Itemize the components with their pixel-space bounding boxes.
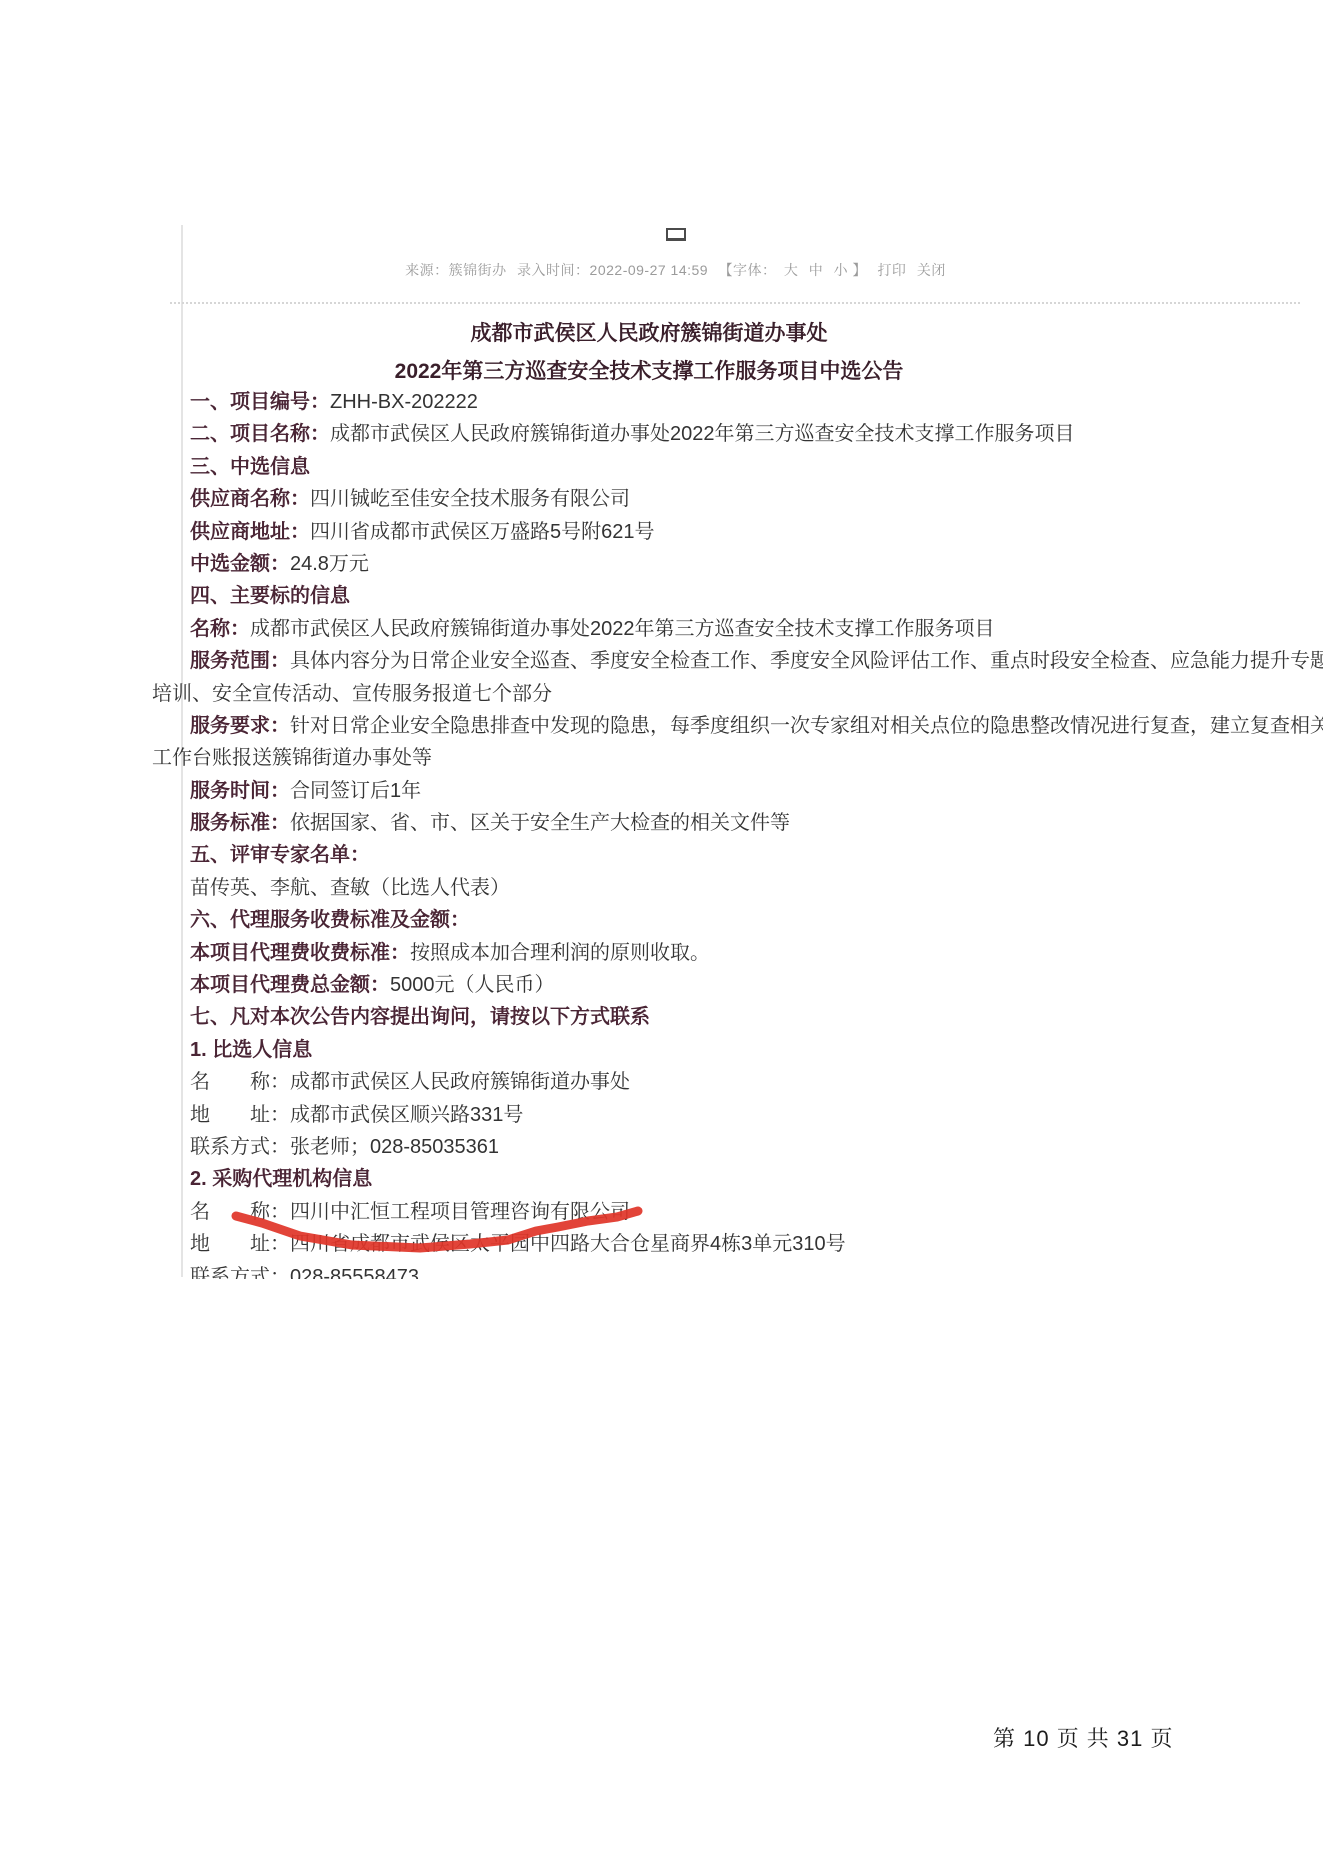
doc-line: 培训、安全宣传活动、宣传服务报道七个部分 [152, 678, 1323, 710]
doc-line-text: 5000元（人民币） [390, 974, 555, 996]
print-link[interactable]: 打印 [877, 262, 906, 278]
font-size-large-link[interactable]: 大 [784, 262, 799, 278]
doc-line: 六、代理服务收费标准及金额： [152, 904, 1323, 936]
doc-line: 五、评审专家名单： [152, 839, 1323, 871]
doc-line-text: 24.8万元 [290, 553, 369, 575]
doc-line-text: 针对日常企业安全隐患排查中发现的隐患，每季度组织一次专家组对相关点位的隐患整改情… [290, 715, 1323, 737]
doc-line: 地 址：成都市武侯区顺兴路331号 [152, 1099, 1323, 1131]
source-label: 来源：簇锦街办 [405, 262, 507, 278]
doc-line: 供应商地址：四川省成都市武侯区万盛路5号附621号 [152, 516, 1323, 548]
entry-time-label: 录入时间：2022-09-27 14:59 [517, 262, 708, 278]
doc-line-label: 五、评审专家名单： [190, 844, 370, 866]
doc-line-label: 服务标准： [190, 812, 290, 834]
doc-line: 名 称：四川中汇恒工程项目管理咨询有限公司 [152, 1196, 1323, 1228]
doc-line: 七、凡对本次公告内容提出询问，请按以下方式联系 [152, 1001, 1323, 1033]
doc-line-label: 四、主要标的信息 [190, 585, 350, 607]
doc-line: 服务时间：合同签订后1年 [152, 775, 1323, 807]
doc-line: 名称：成都市武侯区人民政府簇锦街道办事处2022年第三方巡查安全技术支撑工作服务… [152, 613, 1323, 645]
document-body: 一、项目编号：ZHH-BX-202222二、项目名称：成都市武侯区人民政府簇锦街… [152, 386, 1323, 1279]
doc-line-label: 名称： [190, 618, 250, 640]
doc-line: 服务要求：针对日常企业安全隐患排查中发现的隐患，每季度组织一次专家组对相关点位的… [152, 710, 1323, 742]
doc-line-text: 联系方式：028-85558473 [190, 1266, 419, 1279]
doc-line: 2. 采购代理机构信息 [152, 1163, 1323, 1195]
doc-line-text: 联系方式：张老师；028-85035361 [190, 1136, 499, 1158]
doc-line: 三、中选信息 [152, 451, 1323, 483]
doc-line: 联系方式：028-85558473 [152, 1261, 1323, 1279]
doc-line: 工作台账报送簇锦街道办事处等 [152, 742, 1323, 774]
doc-line: 联系方式：张老师；028-85035361 [152, 1131, 1323, 1163]
doc-line-text: 成都市武侯区人民政府簇锦街道办事处2022年第三方巡查安全技术支撑工作服务项目 [250, 618, 995, 640]
doc-line-text: 成都市武侯区人民政府簇锦街道办事处2022年第三方巡查安全技术支撑工作服务项目 [330, 423, 1075, 445]
font-size-bracket-open: 【字体： [718, 262, 776, 278]
document-title: 成都市武侯区人民政府簇锦街道办事处 [183, 317, 1115, 347]
doc-line: 供应商名称：四川铖屹至佳安全技术服务有限公司 [152, 483, 1323, 515]
doc-line-text: 按照成本加合理利润的原则收取。 [410, 942, 710, 964]
meta-bar: 来源：簇锦街办 录入时间：2022-09-27 14:59 【字体： 大 中 小… [183, 260, 1168, 280]
doc-line-label: 六、代理服务收费标准及金额： [190, 909, 470, 931]
dashed-separator [170, 302, 1300, 304]
doc-line-label: 七、凡对本次公告内容提出询问，请按以下方式联系 [190, 1006, 650, 1028]
doc-line-label: 服务范围： [190, 650, 290, 672]
doc-line-text: 地 址：成都市武侯区顺兴路331号 [190, 1104, 523, 1126]
doc-line-text: 依据国家、省、市、区关于安全生产大检查的相关文件等 [290, 812, 790, 834]
doc-line-text: 名 称：四川中汇恒工程项目管理咨询有限公司 [190, 1201, 630, 1223]
font-size-medium-link[interactable]: 中 [809, 262, 824, 278]
doc-line: 本项目代理费收费标准：按照成本加合理利润的原则收取。 [152, 937, 1323, 969]
doc-line: 名 称：成都市武侯区人民政府簇锦街道办事处 [152, 1066, 1323, 1098]
doc-line-label: 服务时间： [190, 780, 290, 802]
doc-line-label: 一、项目编号： [190, 391, 330, 413]
doc-line-label: 服务要求： [190, 715, 290, 737]
doc-line: 二、项目名称：成都市武侯区人民政府簇锦街道办事处2022年第三方巡查安全技术支撑… [152, 418, 1323, 450]
doc-line-text: 四川省成都市武侯区万盛路5号附621号 [310, 521, 655, 543]
doc-line-text: ZHH-BX-202222 [330, 391, 478, 413]
doc-line: 一、项目编号：ZHH-BX-202222 [152, 386, 1323, 418]
doc-line-label: 中选金额： [190, 553, 290, 575]
doc-line-text: 具体内容分为日常企业安全巡查、季度安全检查工作、季度安全风险评估工作、重点时段安… [290, 650, 1323, 672]
doc-line-label: 三、中选信息 [190, 456, 310, 478]
doc-line-text: 地 址：四川省成都市武侯区太平园中四路大合仓星商界4栋3单元310号 [190, 1233, 846, 1255]
doc-line-label: 二、项目名称： [190, 423, 330, 445]
close-link[interactable]: 关闭 [917, 262, 946, 278]
page-number: 第 10 页 共 31 页 [993, 1722, 1174, 1753]
doc-line: 1. 比选人信息 [152, 1034, 1323, 1066]
doc-line-label: 本项目代理费总金额： [190, 974, 390, 996]
doc-line-text: 苗传英、李航、查敏（比选人代表） [190, 877, 510, 899]
document-subtitle: 2022年第三方巡查安全技术支撑工作服务项目中选公告 [183, 355, 1115, 385]
doc-line-text: 培训、安全宣传活动、宣传服务报道七个部分 [152, 683, 552, 705]
doc-line: 服务标准：依据国家、省、市、区关于安全生产大检查的相关文件等 [152, 807, 1323, 839]
doc-line-label: 本项目代理费收费标准： [190, 942, 410, 964]
doc-line: 地 址：四川省成都市武侯区太平园中四路大合仓星商界4栋3单元310号 [152, 1228, 1323, 1260]
doc-line-label: 供应商地址： [190, 521, 310, 543]
font-size-small-link[interactable]: 小 [834, 262, 849, 278]
doc-line-text: 四川铖屹至佳安全技术服务有限公司 [310, 488, 630, 510]
doc-line: 苗传英、李航、查敏（比选人代表） [152, 872, 1323, 904]
doc-line: 服务范围：具体内容分为日常企业安全巡查、季度安全检查工作、季度安全风险评估工作、… [152, 645, 1323, 677]
doc-line-label: 2. 采购代理机构信息 [190, 1168, 372, 1190]
doc-line: 四、主要标的信息 [152, 580, 1323, 612]
doc-line: 中选金额：24.8万元 [152, 548, 1323, 580]
doc-line-text: 工作台账报送簇锦街道办事处等 [152, 747, 432, 769]
doc-line-text: 名 称：成都市武侯区人民政府簇锦街道办事处 [190, 1071, 630, 1093]
window-placeholder-icon [666, 228, 686, 241]
doc-line-label: 供应商名称： [190, 488, 310, 510]
font-size-bracket-close: 】 [853, 262, 868, 278]
doc-line-text: 合同签订后1年 [290, 780, 421, 802]
doc-line: 本项目代理费总金额：5000元（人民币） [152, 969, 1323, 1001]
doc-line-label: 1. 比选人信息 [190, 1039, 312, 1061]
